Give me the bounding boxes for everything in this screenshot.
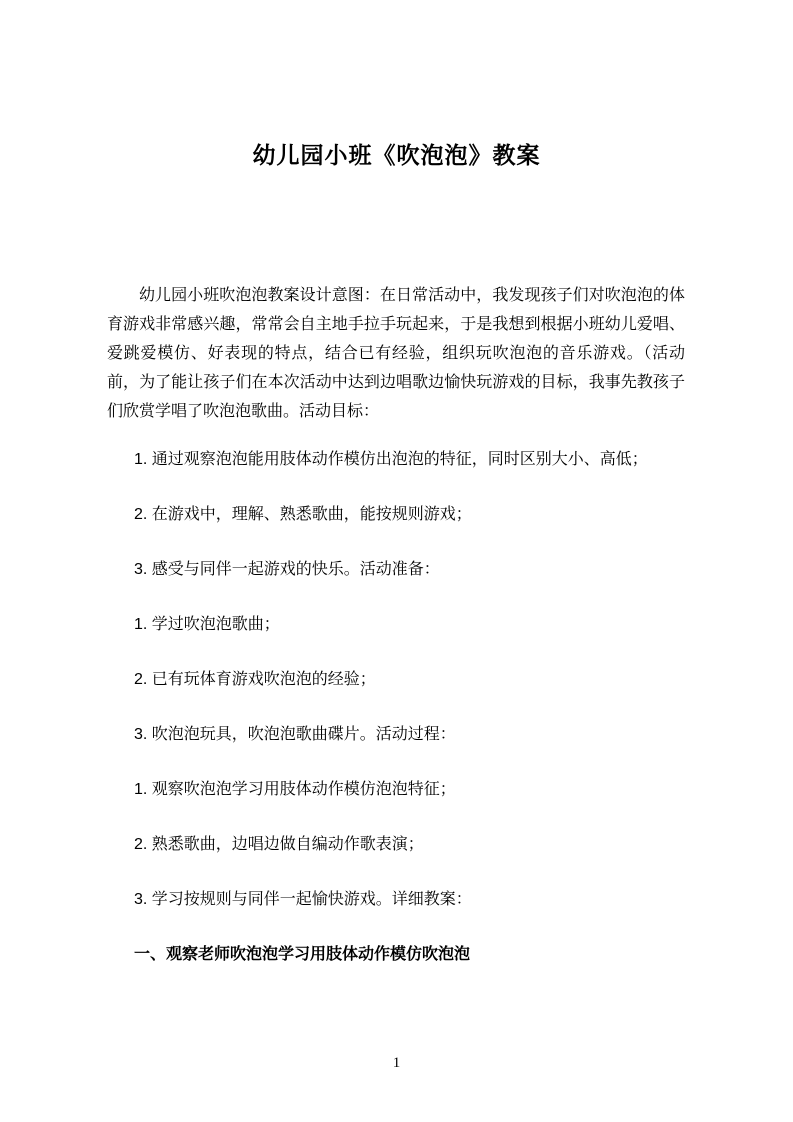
list-item: 2. 熟悉歌曲，边唱边做自编动作歌表演； — [134, 832, 685, 858]
section-heading: 一、观察老师吹泡泡学习用肢体动作模仿吹泡泡 — [134, 942, 685, 968]
list-item: 2. 在游戏中，理解、熟悉歌曲，能按规则游戏； — [134, 502, 685, 528]
list-item: 1. 观察吹泡泡学习用肢体动作模仿泡泡特征； — [134, 777, 685, 803]
list-item: 1. 通过观察泡泡能用肢体动作模仿出泡泡的特征，同时区别大小、高低； — [134, 447, 685, 473]
list-item: 2. 已有玩体育游戏吹泡泡的经验； — [134, 667, 685, 693]
page-title: 幼儿园小班《吹泡泡》教案 — [0, 0, 793, 171]
intro-paragraph: 幼儿园小班吹泡泡教案设计意图：在日常活动中，我发现孩子们对吹泡泡的体育游戏非常感… — [107, 281, 685, 426]
page-number: 1 — [0, 1053, 793, 1073]
document-body: 幼儿园小班吹泡泡教案设计意图：在日常活动中，我发现孩子们对吹泡泡的体育游戏非常感… — [107, 281, 685, 968]
list-item: 3. 吹泡泡玩具，吹泡泡歌曲碟片。活动过程： — [134, 722, 685, 748]
list-item: 1. 学过吹泡泡歌曲； — [134, 612, 685, 638]
list-item: 3. 感受与同伴一起游戏的快乐。活动准备： — [134, 557, 685, 583]
list-item: 3. 学习按规则与同伴一起愉快游戏。详细教案： — [134, 887, 685, 913]
document-page: 幼儿园小班《吹泡泡》教案 幼儿园小班吹泡泡教案设计意图：在日常活动中，我发现孩子… — [0, 0, 793, 1122]
